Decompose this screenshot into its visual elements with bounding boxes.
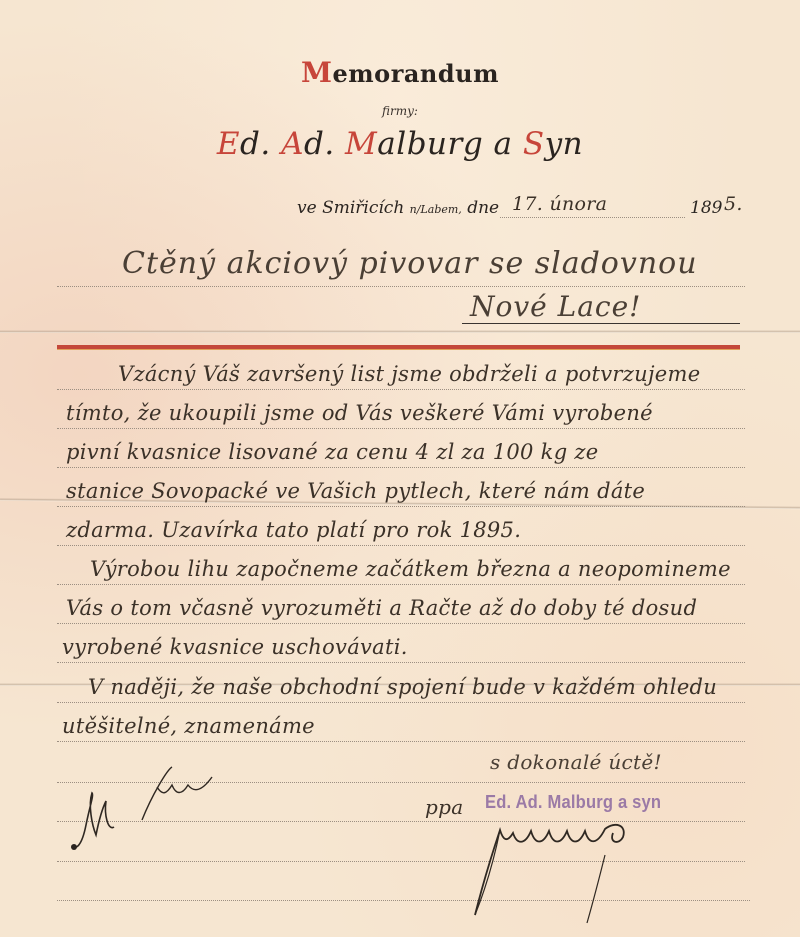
date-label: dne <box>467 198 499 218</box>
firm-text: d. <box>304 126 335 162</box>
body-line: Vzácný Váš završený list jsme obdrželi a… <box>118 362 700 386</box>
paper-fold-crease <box>0 330 800 333</box>
signature-right-scribble <box>455 815 695 925</box>
body-line: tímto, že ukoupili jsme od Vás veškeré V… <box>66 401 653 425</box>
body-line: zdarma. Uzavírka tato platí pro rok 1895… <box>66 518 521 542</box>
dotted-rule <box>57 741 745 742</box>
firmy-label: firmy: <box>0 104 800 118</box>
firm-initial-m: M <box>345 126 377 162</box>
firm-text: yn <box>545 126 583 162</box>
place-suffix: n/Labem, <box>410 203 462 216</box>
body-line: pivní kvasnice lisované za cenu 4 zl za … <box>66 440 599 464</box>
title-initial: M <box>301 56 333 89</box>
dotted-rule <box>57 702 745 703</box>
dotted-rule <box>57 584 745 585</box>
date-handwritten: 17. února <box>512 193 607 215</box>
signature-left <box>62 765 242 855</box>
firm-initial-a: A <box>281 126 304 162</box>
dotted-rule <box>57 467 745 468</box>
year-handwritten: 5. <box>724 193 743 215</box>
body-line: stanice Sovopacké ve Vašich pytlech, kte… <box>66 479 645 503</box>
dotted-rule <box>57 428 745 429</box>
title-rest: emorandum <box>333 59 499 88</box>
dotted-rule <box>57 662 745 663</box>
company-stamp: Ed. Ad. Malburg a syn <box>485 792 661 813</box>
addressee-line-2: Nové Lace! <box>470 290 641 323</box>
addressee-underline <box>462 323 740 324</box>
addressee-dotted-rule <box>57 286 745 287</box>
firm-text: d. <box>240 126 271 162</box>
place-date-line: ve Smiřicích n/Labem, dne <box>297 198 499 218</box>
date-dotted-rule <box>500 217 685 218</box>
firm-text: alburg a <box>377 126 523 162</box>
firm-initial-e: E <box>217 126 240 162</box>
letterhead-title: Memorandum <box>0 56 800 89</box>
signature-left-scribble <box>62 765 242 855</box>
firm-initial-s: S <box>523 126 545 162</box>
place-name: ve Smiřicích <box>297 198 404 218</box>
body-line: utěšitelné, znamenáme <box>62 714 315 738</box>
dotted-rule <box>57 545 745 546</box>
dotted-rule <box>57 506 745 507</box>
red-divider-rule <box>57 345 740 350</box>
dotted-rule <box>57 389 745 390</box>
body-line: vyrobené kvasnice uschovávati. <box>62 635 408 659</box>
signature-right <box>455 815 695 925</box>
year-printed: 189 <box>690 198 722 218</box>
firm-name: Ed. Ad. Malburg a Syn <box>0 126 800 162</box>
body-line: Výrobou lihu započneme začátkem března a… <box>90 557 731 581</box>
body-line: Vás o tom včasně vyrozuměti a Račte až d… <box>66 596 697 620</box>
closing-salutation: s dokonalé úctě! <box>490 750 662 774</box>
body-line: V naději, že naše obchodní spojení bude … <box>88 675 717 699</box>
addressee-line-1: Ctěný akciový pivovar se sladovnou <box>122 246 698 281</box>
dotted-rule <box>57 623 745 624</box>
